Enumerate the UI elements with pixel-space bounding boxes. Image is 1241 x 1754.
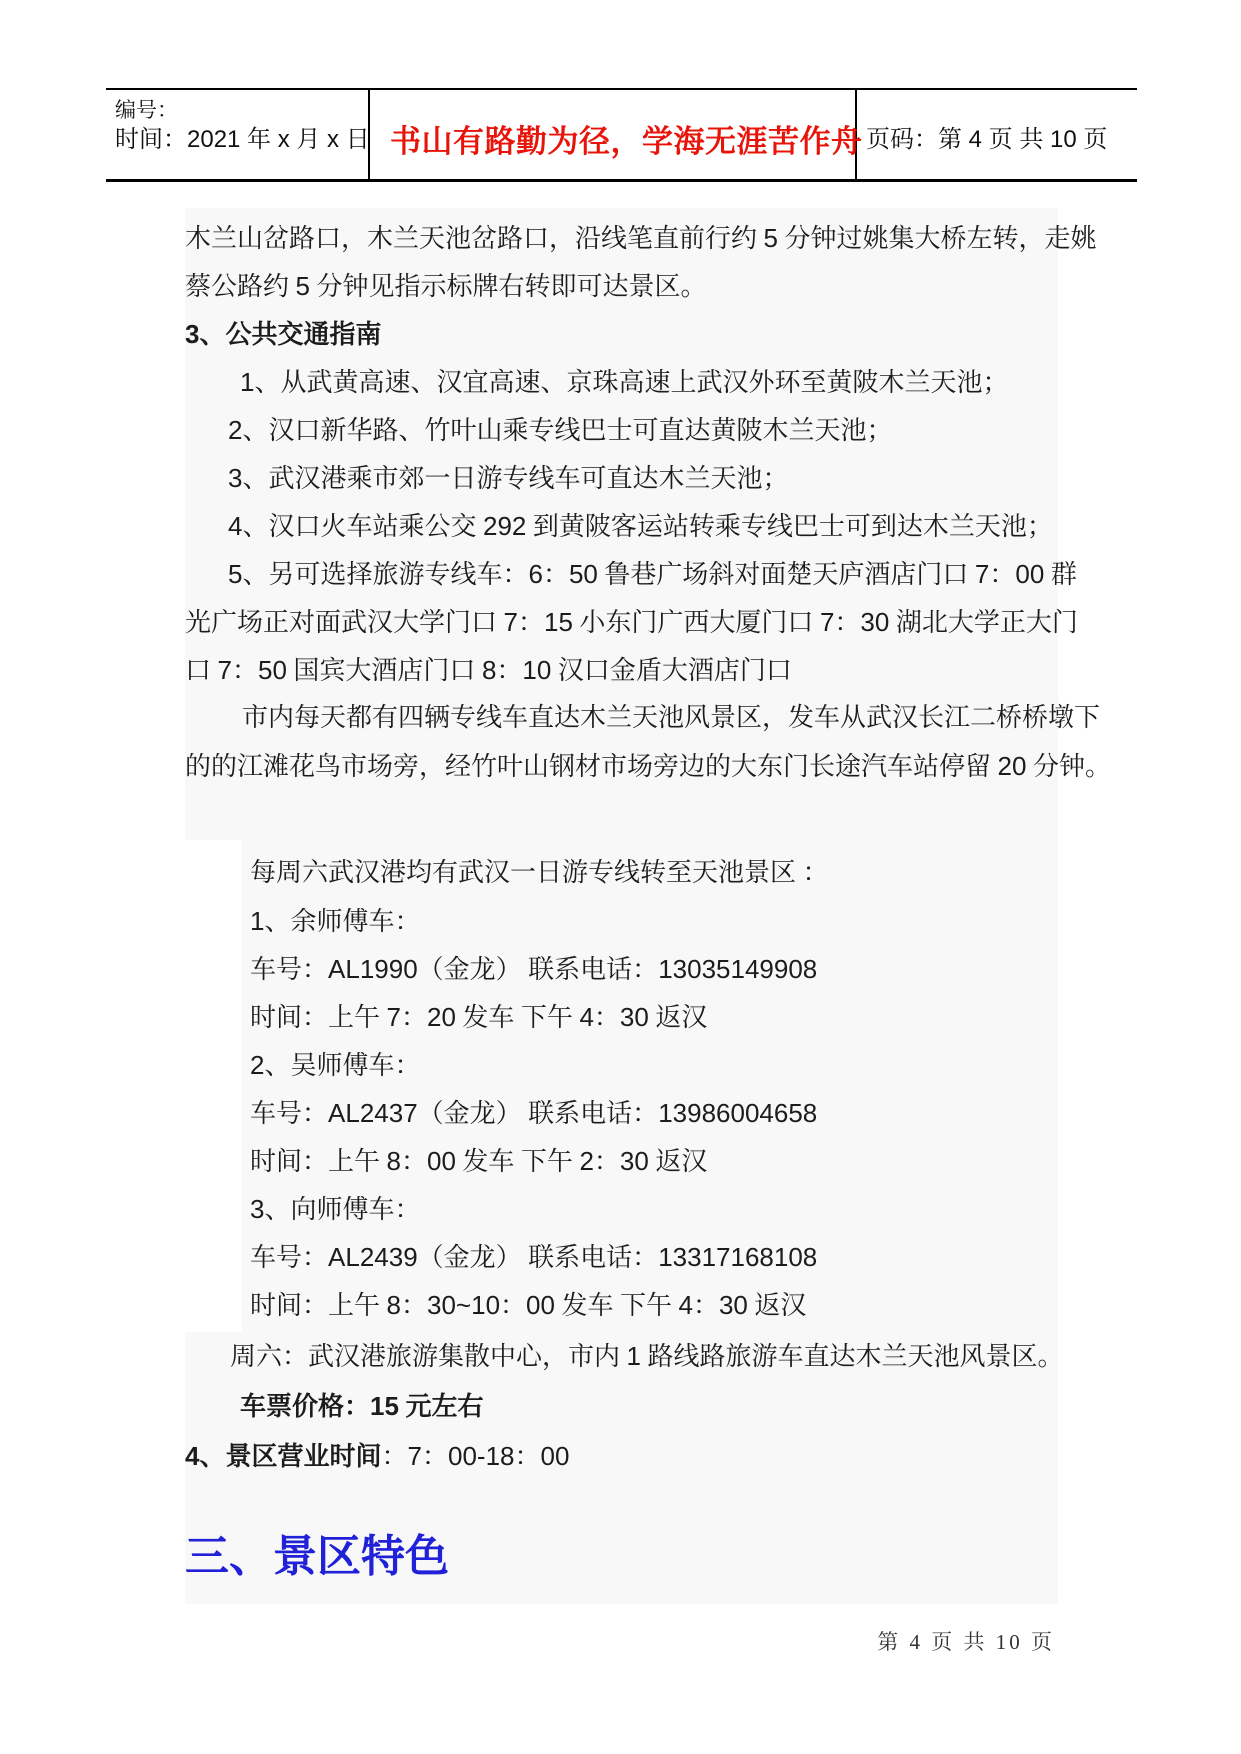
header-motto: 书山有路勤为径，学海无涯苦作舟 (390, 116, 863, 161)
transit-item-2: 2、汉口新华路、竹叶山乘专线巴士可直达黄陂木兰天池； (228, 414, 892, 447)
transit-item-3: 3、武汉港乘市郊一日游专线车可直达木兰天池； (228, 462, 788, 495)
section-three-heading: 三、景区特色 (185, 1532, 449, 1582)
document-page: 编号： 时间：2021 年 x 月 x 日 书山有路勤为径，学海无涯苦作舟 页码… (0, 0, 1241, 1754)
driver-3-title: 3、向师傅车： (250, 1193, 420, 1226)
footer-page-indicator: 第 4 页 共 10 页 (877, 1626, 1055, 1656)
driver-3-schedule: 时间：上午 8：30~10：00 发车 下午 4：30 返汉 (250, 1289, 806, 1322)
para-access-line-2: 蔡公路约 5 分钟见指示标牌右转即可达景区。 (185, 270, 707, 303)
header-date-line: 时间：2021 年 x 月 x 日 (115, 119, 370, 154)
header-table-bottom-border (106, 179, 1137, 182)
para-access-line-1: 木兰山岔路口，木兰天池岔路口，沿线笔直前行约 5 分钟过姚集大桥左转，走姚 (185, 222, 1097, 255)
header-table-top-border (106, 88, 1137, 90)
transit-item-5-line-3: 口 7：50 国宾大酒店门口 8：10 汉口金盾大酒店门口 (185, 654, 792, 687)
transit-item-5-line-1: 5、另可选择旅游专线车：6：50 鲁巷广场斜对面楚天庐酒店门口 7：00 群 (228, 558, 1077, 591)
transit-item-4: 4、汉口火车站乘公交 292 到黄陂客运站转乘专线巴士可到达木兰天池； (228, 510, 1053, 543)
driver-1-title: 1、余师傅车： (250, 905, 420, 938)
driver-2-plate-phone: 车号：AL2437（金龙） 联系电话：13986004658 (250, 1097, 817, 1130)
para-citybus-line-1: 市内每天都有四辆专线车直达木兰天池风景区，发车从武汉长江二桥桥墩下 (242, 702, 1100, 734)
ticket-price-line: 车票价格：15 元左右 (240, 1390, 483, 1423)
driver-1-schedule: 时间：上午 7：20 发车 下午 4：30 返汉 (250, 1001, 707, 1034)
section-4-heading-lead: 4、景区营业时间 (185, 1442, 381, 1471)
driver-2-title: 2、吴师傅车： (250, 1049, 420, 1082)
section-4-heading: 4、景区营业时间：7：00-18：00 (185, 1440, 569, 1473)
para-saturday-line: 每周六武汉港均有武汉一日游专线转至天池景区 ： (250, 857, 829, 889)
driver-2-schedule: 时间：上午 8：00 发车 下午 2：30 返汉 (250, 1145, 707, 1178)
header-page-label: 页码：第 4 页 共 10 页 (866, 119, 1107, 154)
section-3-heading: 3、公共交通指南 (185, 318, 381, 351)
driver-3-plate-phone: 车号：AL2439（金龙） 联系电话：13317168108 (250, 1241, 817, 1274)
para-saturday-center: 周六：武汉港旅游集散中心，市内 1 路线路旅游车直达木兰天池风景区。 (230, 1340, 1064, 1373)
transit-item-1: 1、从武黄高速、汉宜高速、京珠高速上武汉外环至黄陂木兰天池； (240, 366, 1008, 399)
transit-item-5-line-2: 光广场正对面武汉大学门口 7：15 小东门广西大厦门口 7：30 湖北大学正大门 (185, 606, 1078, 639)
para-citybus-line-2: 的的江滩花鸟市场旁，经竹叶山钢材市场旁边的大东门长途汽车站停留 20 分钟。 (185, 750, 1111, 783)
driver-1-plate-phone: 车号：AL1990（金龙） 联系电话：13035149908 (250, 953, 817, 986)
